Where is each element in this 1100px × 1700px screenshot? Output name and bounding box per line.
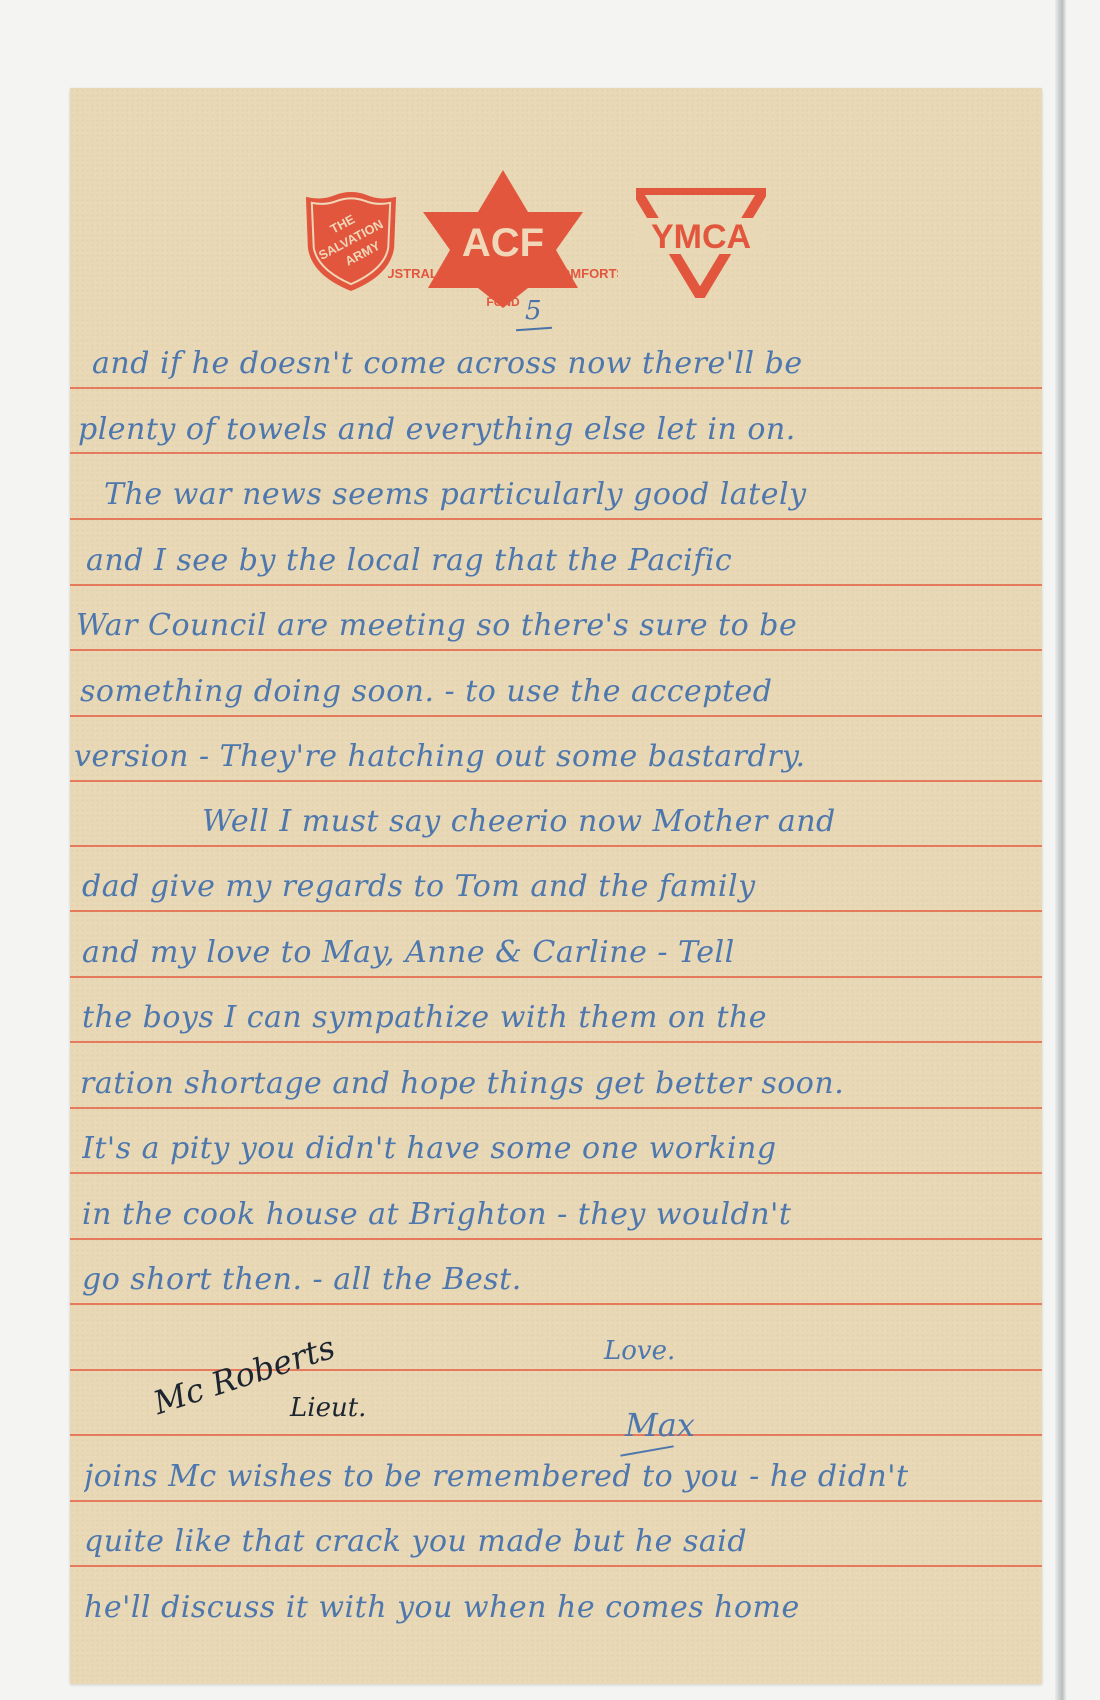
ruled-line (70, 1238, 1042, 1240)
ruled-line (70, 845, 1042, 847)
postscript-line: joins Mc wishes to be remembered to you … (84, 1459, 1056, 1494)
ruled-line (70, 1500, 1042, 1502)
svg-text:FUND: FUND (486, 295, 520, 308)
letter-line: plenty of towels and everything else let… (78, 412, 1050, 447)
ruled-line (70, 387, 1042, 389)
letter-line: dad give my regards to Tom and the famil… (82, 869, 1054, 904)
ruled-line (70, 1565, 1042, 1567)
ruled-line (70, 584, 1042, 586)
postscript-rank-black: Lieut. (290, 1393, 366, 1423)
ruled-line (70, 518, 1042, 520)
ruled-line (70, 910, 1042, 912)
closing-love: Love. (604, 1336, 675, 1366)
postscript-line: he'll discuss it with you when he comes … (84, 1590, 1056, 1625)
letter-page: THE SALVATION ARMY ACF AUSTRALIAN COMFOR… (70, 88, 1042, 1684)
letter-line: the boys I can sympathize with them on t… (82, 1000, 1054, 1035)
salvation-army-shield-icon: THE SALVATION ARMY (302, 191, 400, 293)
letter-line: and if he doesn't come across now there'… (92, 346, 1064, 381)
ruled-line (70, 649, 1042, 651)
letter-line: version - They're hatching out some bast… (74, 739, 1046, 774)
svg-text:AUSTRALIAN: AUSTRALIAN (388, 266, 460, 281)
postscript-line: quite like that crack you made but he sa… (84, 1524, 1056, 1559)
ymca-triangle-logo-icon: YMCA (636, 188, 766, 298)
letter-line: and my love to May, Anne & Carline - Tel… (82, 935, 1054, 970)
letter-line: go short then. - all the Best. (82, 1262, 1054, 1297)
letter-line: in the cook house at Brighton - they wou… (82, 1197, 1054, 1232)
signature-underline (620, 1445, 674, 1456)
letter-line: It's a pity you didn't have some one wor… (82, 1131, 1054, 1166)
ruled-line (70, 715, 1042, 717)
ruled-line (70, 976, 1042, 978)
page-number: 5 (525, 296, 542, 326)
letterhead: THE SALVATION ARMY ACF AUSTRALIAN COMFOR… (70, 88, 1042, 328)
ruled-line (70, 1107, 1042, 1109)
letter-line: The war news seems particularly good lat… (104, 477, 1076, 512)
ruled-line (70, 1303, 1042, 1305)
letter-line: ration shortage and hope things get bett… (80, 1066, 1052, 1101)
signature-max: Max (625, 1406, 695, 1444)
acf-star-logo-icon: ACF AUSTRALIAN COMFORTS FUND (388, 168, 618, 308)
ruled-line (70, 1172, 1042, 1174)
ruled-line (70, 1434, 1042, 1436)
letter-line: something doing soon. - to use the accep… (80, 674, 1052, 709)
ruled-line (70, 1041, 1042, 1043)
ruled-line (70, 452, 1042, 454)
letter-line: and I see by the local rag that the Paci… (86, 543, 1058, 578)
svg-text:ACF: ACF (462, 221, 544, 265)
svg-text:YMCA: YMCA (651, 218, 751, 256)
svg-text:COMFORTS: COMFORTS (551, 266, 618, 281)
letter-line: Well I must say cheerio now Mother and (202, 804, 1100, 839)
ruled-line (70, 780, 1042, 782)
scanner-edge-shadow (1055, 0, 1067, 1700)
letter-line: War Council are meeting so there's sure … (76, 608, 1048, 643)
